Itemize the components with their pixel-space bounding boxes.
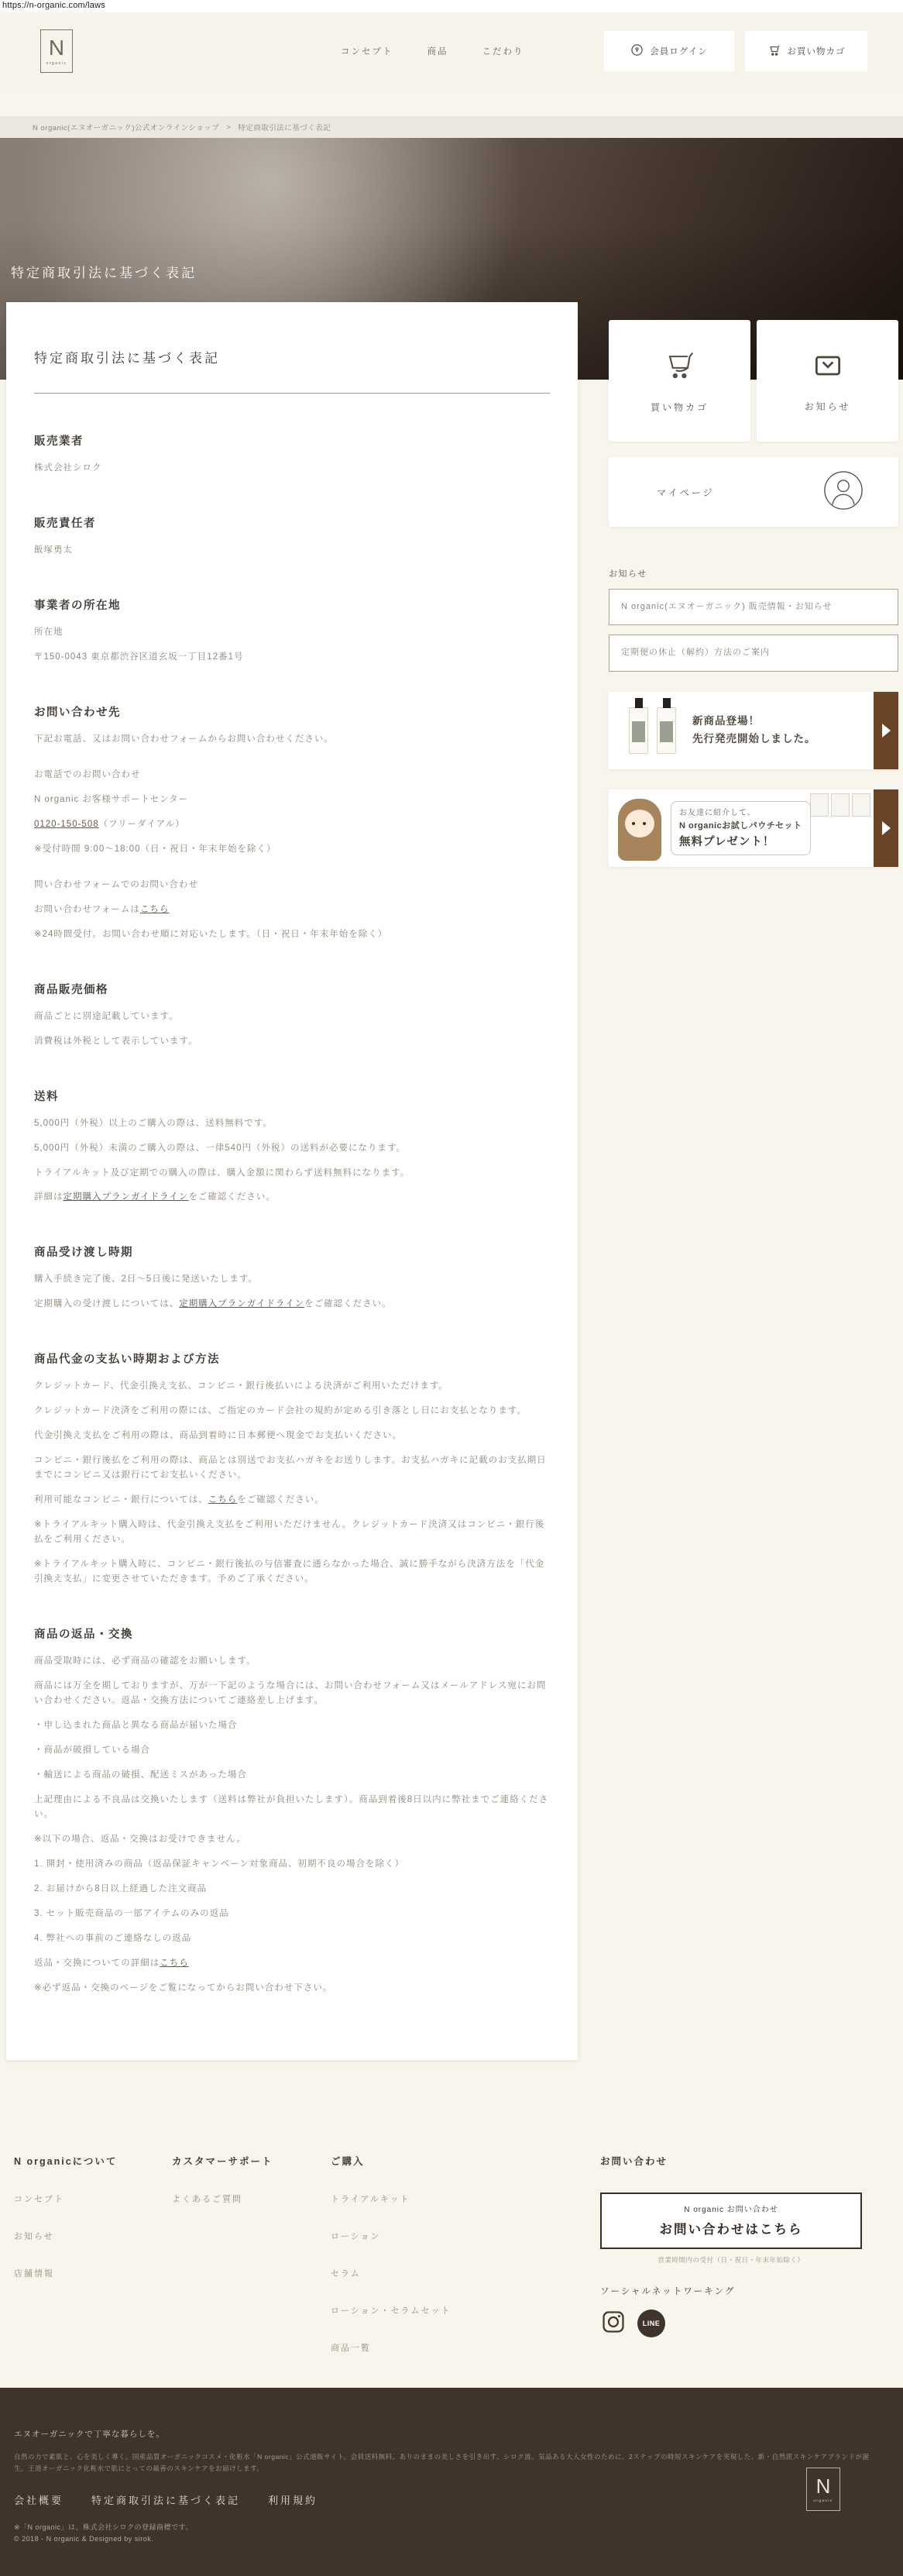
cart-icon: [767, 43, 781, 60]
sidebar-quick-cards: 買い物カゴ お知らせ: [609, 320, 898, 442]
footer-legal-link[interactable]: 利用規約: [268, 2492, 318, 2507]
banner-text-line: N organicお試しパウチセット: [679, 819, 802, 831]
section-line: お問い合わせフォームはこちら: [34, 903, 550, 917]
legal-section: 商品販売価格商品ごとに別途記載しています。消費税は外税として表示しています。: [34, 981, 550, 1049]
text-run: ※受付時間 9:00～18:00（日・祝日・年末年始を除く）: [34, 844, 276, 854]
site-logo[interactable]: N organic: [40, 29, 73, 73]
legal-section: 商品受け渡し時期購入手続き完了後、2日～5日後に発送いたします。定期購入の受け渡…: [34, 1243, 550, 1312]
footer-column: N organicについてコンセプトお知らせ店舗情報: [14, 2154, 172, 2378]
legal-section: 送料5,000円（外税）以上のご購入の際は、送料無料です。5,000円（外税）未…: [34, 1088, 550, 1205]
legal-section: 販売責任者飯塚勇太: [34, 514, 550, 558]
contact-cta-large: お問い合わせはこちら: [602, 2219, 860, 2237]
section-line: トライアルキット及び定期での購入の際は、購入金額に関わらず送料無料になります。: [34, 1166, 550, 1181]
legal-sections: 販売業者株式会社シロク販売責任者飯塚勇太事業者の所在地所在地〒150-0043 …: [34, 432, 550, 1996]
contact-note: 営業時間内の受付（日・祝日・年末年始除く）: [600, 2255, 862, 2265]
legal-section: 商品の返品・交換商品受取時には、必ず商品の確認をお願いします。商品には万全を期し…: [34, 1625, 550, 1996]
instagram-icon[interactable]: [600, 2309, 627, 2339]
section-heading: 商品代金の支払い時期および方法: [34, 1350, 550, 1367]
text-run: 上記理由による不良品は交換いたします（送料は弊社が負担いたします）。商品到着後8…: [34, 1795, 548, 1819]
main-nav: コンセプト商品こだわり: [341, 45, 524, 57]
section-line: N organic お客様サポートセンター: [34, 793, 550, 807]
footer-links: コンセプトお知らせ店舗情報: [14, 2193, 172, 2279]
text-run: ※24時間受付。お問い合わせ順に対応いたします。（日・祝日・年末年始を除く）: [34, 930, 387, 939]
section-heading: 販売業者: [34, 432, 550, 449]
section-line: 商品受取時には、必ず商品の確認をお願いします。: [34, 1654, 550, 1669]
cart-shortcut-card[interactable]: 買い物カゴ: [609, 320, 750, 442]
section-line: 0120-150-508（フリーダイアル）: [34, 817, 550, 832]
section-line: 5,000円（外税）以上のご購入の際は、送料無料です。: [34, 1116, 550, 1131]
logo-letter: N: [816, 2476, 831, 2496]
inline-link[interactable]: 定期購入プランガイドライン: [179, 1299, 304, 1309]
sns-icons: LINE: [600, 2309, 879, 2339]
header-buttons: 会員ログイン お買い物カゴ: [604, 31, 867, 71]
footer-column: カスタマーサポートよくあるご質問: [172, 2154, 331, 2378]
bottle-illustration: [657, 707, 676, 754]
section-line: ・商品が破損している場合: [34, 1743, 550, 1758]
hero-title: 特定商取引法に基づく表記: [11, 262, 197, 281]
footer-link[interactable]: 店舗情報: [14, 2267, 172, 2279]
inline-link[interactable]: こちら: [160, 1959, 189, 1968]
section-line: ・申し込まれた商品と異なる商品が届いた場合: [34, 1718, 550, 1733]
section-line: 所在地: [34, 625, 550, 640]
product-bottles-illustration: [609, 692, 689, 769]
nav-item[interactable]: コンセプト: [341, 45, 393, 57]
footer-links: よくあるご質問: [172, 2193, 331, 2205]
section-line: 上記理由による不良品は交換いたします（送料は弊社が負担いたします）。商品到着後8…: [34, 1793, 550, 1822]
text-run: をご確認ください。: [304, 1299, 392, 1309]
logo-subtext: organic: [813, 2499, 833, 2502]
sns-heading: ソーシャルネットワーキング: [600, 2285, 879, 2297]
legal-content-card: 特定商取引法に基づく表記 販売業者株式会社シロク販売責任者飯塚勇太事業者の所在地…: [6, 302, 578, 2060]
text-run: 4. 弊社への事前のご連絡なしの返品: [34, 1934, 191, 1943]
section-line: 商品ごとに別途記載しています。: [34, 1009, 550, 1024]
notice-shortcut-label: お知らせ: [805, 400, 851, 413]
text-run: 問い合わせフォームでのお問い合わせ: [34, 880, 198, 889]
text-run: N organic お客様サポートセンター: [34, 795, 188, 804]
text-run: ※必ず返品・交換のページをご覧になってからお問い合わせ下さい。: [34, 1983, 332, 1993]
text-run: 5,000円（外税）以上のご購入の際は、送料無料です。: [34, 1119, 273, 1128]
cart-icon: [662, 348, 698, 387]
footer-column-heading: N organicについて: [14, 2154, 172, 2168]
text-run: クレジットカード、代金引換え支払、コンビニ・銀行後払いによる決済がご利用いただけ…: [34, 1381, 448, 1391]
footer: N organicについてコンセプトお知らせ店舗情報カスタマーサポートよくあるご…: [0, 2132, 903, 2388]
footer-tagline: エヌオーガニックで丁寧な暮らしを。: [14, 2428, 903, 2440]
section-line: ※以下の場合、返品・交換はお受けできません。: [34, 1832, 550, 1847]
section-line: コンビニ・銀行後払をご利用の際は、商品とは別送でお支払ハガキをお送りします。お支…: [34, 1453, 550, 1483]
inline-link[interactable]: こちら: [208, 1495, 238, 1505]
section-heading: 事業者の所在地: [34, 597, 550, 613]
pouch-illustration: [831, 793, 850, 817]
text-run: 商品ごとに別途記載しています。: [34, 1012, 179, 1021]
text-run: 2. お届けから8日以上経過した注文商品: [34, 1884, 207, 1893]
sidebar: 買い物カゴ お知らせ マイページ お知らせ N organic(エヌオーガニック…: [609, 302, 898, 867]
footer-logo[interactable]: N organic: [806, 2468, 840, 2511]
cart-shortcut-label: 買い物カゴ: [651, 401, 709, 414]
section-line: ※24時間受付。お問い合わせ順に対応いたします。（日・祝日・年末年始を除く）: [34, 927, 550, 942]
inline-link[interactable]: こちら: [140, 905, 170, 914]
banner-text-line: 新商品登場！: [692, 713, 816, 731]
line-icon[interactable]: LINE: [637, 2309, 665, 2337]
legal-section: 販売業者株式会社シロク: [34, 432, 550, 476]
section-line: 購入手続き完了後、2日～5日後に発送いたします。: [34, 1272, 550, 1287]
logo-subtext: organic: [46, 61, 67, 66]
footer-column-heading: ご購入: [331, 2154, 586, 2168]
text-run: ※以下の場合、返品・交換はお受けできません。: [34, 1835, 246, 1844]
text-run: 商品には万全を期しておりますが、万が一下記のような場合には、お問い合わせフォーム…: [34, 1681, 546, 1705]
section-line: 商品には万全を期しておりますが、万が一下記のような場合には、お問い合わせフォーム…: [34, 1679, 550, 1708]
arrow-right-icon: [882, 724, 891, 738]
cart-button[interactable]: お買い物カゴ: [745, 31, 867, 71]
text-run: トライアルキット及び定期での購入の際は、購入金額に関わらず送料無料になります。: [34, 1168, 410, 1178]
logo-letter: N: [49, 37, 64, 59]
bottle-illustration: [629, 707, 648, 754]
section-line: 代金引換え支払をご利用の際は、商品到着時に日本郵便へ現金でお支払いください。: [34, 1429, 550, 1443]
banner-arrow: [874, 692, 898, 769]
news-heading: お知らせ: [609, 567, 898, 580]
text-run: 消費税は外税として表示しています。: [34, 1037, 198, 1046]
girl-eyes: [632, 822, 635, 825]
banner-arrow: [874, 789, 898, 867]
section-heading: 商品の返品・交換: [34, 1625, 550, 1642]
text-run: 下記お電話、又はお問い合わせフォームからお問い合わせください。: [34, 734, 334, 744]
text-run: 定期購入の受け渡しについては、: [34, 1299, 179, 1309]
browser-url: https://n-organic.com/laws: [0, 0, 903, 12]
footer-link[interactable]: ローション・セラムセット: [331, 2304, 586, 2316]
nav-item[interactable]: 商品: [427, 45, 448, 57]
footer-link[interactable]: コンセプト: [14, 2193, 172, 2205]
text-run: ※トライアルキット購入時は、代金引換え支払をご利用いただけません。クレジットカー…: [34, 1520, 544, 1544]
footer-link[interactable]: 商品一覧: [331, 2341, 586, 2354]
text-run: 所在地: [34, 628, 64, 637]
banner-text-line: 先行発売開始しました。: [692, 731, 816, 748]
section-line: クレジットカード、代金引換え支払、コンビニ・銀行後払いによる決済がご利用いただけ…: [34, 1379, 550, 1394]
footer-contact-heading: お問い合わせ: [600, 2154, 879, 2168]
section-heading: 商品販売価格: [34, 981, 550, 997]
section-line: ※トライアルキット購入時に、コンビニ・銀行後払の与信審査に通らなかった場合、誠に…: [34, 1557, 550, 1587]
lock-icon: [630, 43, 644, 59]
site-header: N organic コンセプト商品こだわり 会員ログイン お買い物カゴ: [0, 12, 903, 90]
contact-cta-button[interactable]: N organic お問い合わせ お問い合わせはこちら: [600, 2193, 862, 2249]
footer-link[interactable]: ローション: [331, 2230, 586, 2242]
user-icon: [822, 469, 864, 515]
footer-link[interactable]: セラム: [331, 2267, 586, 2279]
footer-bottom: エヌオーガニックで丁寧な暮らしを。 自然の力で素肌と、心を美しく導く。国産品質オ…: [0, 2388, 903, 2576]
legal-section: お問い合わせ先下記お電話、又はお問い合わせフォームからお問い合わせください。お電…: [34, 703, 550, 942]
section-line: 1. 開封・使用済みの商品（返品保証キャンペーン対象商品、初期不良の場合を除く）: [34, 1857, 550, 1872]
text-run: お電話でのお問い合わせ: [34, 770, 141, 779]
inline-link[interactable]: 0120-150-508: [34, 820, 99, 829]
footer-description: 自然の力で素肌と、心を美しく導く。国産品質オーガニックコスメ・化粧水「N org…: [14, 2451, 881, 2476]
section-line: 〒150-0043 東京都渋谷区道玄坂一丁目12番1号: [34, 650, 550, 665]
text-run: 飯塚勇太: [34, 545, 73, 555]
text-run: 利用可能なコンビニ・銀行については、: [34, 1495, 208, 1505]
footer-link[interactable]: よくあるご質問: [172, 2193, 331, 2205]
cart-button-label: お買い物カゴ: [788, 45, 846, 57]
news-item[interactable]: 定期便の休止（解約）方法のご案内: [609, 635, 898, 671]
section-line: ・輸送による商品の破損、配送ミスがあった場合: [34, 1768, 550, 1783]
section-line: クレジットカード決済をご利用の際には、ご指定のカード会社の規約が定める引き落とし…: [34, 1404, 550, 1419]
section-line: ※受付時間 9:00～18:00（日・祝日・年末年始を除く）: [34, 842, 550, 857]
pouch-illustration: [852, 793, 870, 817]
text-run: （フリーダイアル）: [99, 820, 185, 829]
text-run: 株式会社シロク: [34, 463, 102, 473]
pouch-illustrations: [810, 793, 870, 817]
login-button-label: 会員ログイン: [650, 45, 707, 57]
login-button[interactable]: 会員ログイン: [604, 31, 734, 71]
banner-text-line: 無料プレゼント！: [679, 833, 802, 849]
breadcrumb-current: 特定商取引法に基づく表記: [238, 122, 331, 132]
mail-icon: [811, 349, 845, 387]
news-item[interactable]: N organic(エヌオーガニック) 販売情報・お知らせ: [609, 589, 898, 625]
text-run: 購入手続き完了後、2日～5日後に発送いたします。: [34, 1274, 258, 1284]
section-line: 定期購入の受け渡しについては、定期購入プランガイドラインをご確認ください。: [34, 1297, 550, 1312]
section-heading: 商品受け渡し時期: [34, 1243, 550, 1260]
text-run: ・商品が破損している場合: [34, 1745, 150, 1755]
contact-cta-small: N organic お問い合わせ: [602, 2203, 860, 2214]
text-run: 3. セット販売商品の一部アイテムのみの返品: [34, 1909, 229, 1918]
page-title: 特定商取引法に基づく表記: [34, 347, 550, 394]
legal-section: 商品代金の支払い時期および方法クレジットカード、代金引換え支払、コンビニ・銀行後…: [34, 1350, 550, 1587]
footer-links: トライアルキットローションセラムローション・セラムセット商品一覧: [331, 2193, 586, 2354]
footer-link[interactable]: トライアルキット: [331, 2193, 586, 2205]
footer-trademark: ※「N organic」は、株式会社シロクの登録商標です。: [14, 2522, 903, 2532]
section-line: 利用可能なコンビニ・銀行については、こちらをご確認ください。: [34, 1493, 550, 1508]
section-line: 返品・交換についての詳細はこちら: [34, 1956, 550, 1971]
footer-column-heading: カスタマーサポート: [172, 2154, 331, 2168]
section-heading: 販売責任者: [34, 514, 550, 531]
section-line: 下記お電話、又はお問い合わせフォームからお問い合わせください。: [34, 732, 550, 747]
section-line: 問い合わせフォームでのお問い合わせ: [34, 878, 550, 892]
footer-column: ご購入トライアルキットローションセラムローション・セラムセット商品一覧: [331, 2154, 586, 2378]
section-line: 消費税は外税として表示しています。: [34, 1034, 550, 1049]
section-heading: お問い合わせ先: [34, 703, 550, 720]
text-run: コンビニ・銀行後払をご利用の際は、商品とは別送でお支払ハガキをお送りします。お支…: [34, 1456, 547, 1480]
section-line: 3. セット販売商品の一部アイテムのみの返品: [34, 1907, 550, 1921]
text-run: 〒150-0043 東京都渋谷区道玄坂一丁目12番1号: [34, 652, 243, 662]
arrow-right-icon: [882, 821, 891, 835]
notice-shortcut-card[interactable]: お知らせ: [757, 320, 898, 442]
text-run: クレジットカード決済をご利用の際には、ご指定のカード会社の規約が定める引き落とし…: [34, 1406, 527, 1415]
text-run: 1. 開封・使用済みの商品（返品保証キャンペーン対象商品、初期不良の場合を除く）: [34, 1859, 404, 1869]
text-run: お問い合わせフォームは: [34, 905, 140, 914]
section-line: お電話でのお問い合わせ: [34, 768, 550, 782]
text-run: 5,000円（外税）未満のご購入の際は、一律540円（外税）の送料が必要になりま…: [34, 1144, 406, 1153]
banner-text: 新商品登場！先行発売開始しました。: [689, 713, 816, 748]
pouch-illustration: [810, 793, 829, 817]
promo-banner-new-product[interactable]: 新商品登場！先行発売開始しました。: [609, 692, 898, 769]
footer-copyright: © 2018 - N organic & Designed by sirok.: [14, 2535, 903, 2543]
section-line: 株式会社シロク: [34, 461, 550, 476]
footer-contact-column: お問い合わせ N organic お問い合わせ お問い合わせはこちら 営業時間内…: [600, 2154, 879, 2339]
text-run: 代金引換え支払をご利用の際は、商品到着時に日本郵便へ現金でお支払いください。: [34, 1431, 402, 1440]
footer-link[interactable]: お知らせ: [14, 2230, 172, 2242]
text-run: 返品・交換についての詳細は: [34, 1959, 160, 1968]
section-heading: 送料: [34, 1088, 550, 1104]
promo-banner-referral[interactable]: お友達に紹介して、N organicお試しパウチセット無料プレゼント！: [609, 789, 898, 867]
breadcrumb-separator: >: [226, 123, 231, 132]
section-line: 2. お届けから8日以上経過した注文商品: [34, 1882, 550, 1897]
girl-illustration: [613, 797, 669, 867]
text-run: 商品受取時には、必ず商品の確認をお願いします。: [34, 1656, 256, 1666]
footer-legal-link[interactable]: 会社概要: [14, 2492, 64, 2507]
mypage-card[interactable]: マイページ: [609, 457, 898, 527]
text-run: ・申し込まれた商品と異なる商品が届いた場合: [34, 1721, 238, 1730]
breadcrumb: N organic(エヌオーガニック)公式オンラインショップ > 特定商取引法に…: [0, 116, 903, 138]
breadcrumb-root[interactable]: N organic(エヌオーガニック)公式オンラインショップ: [33, 122, 219, 132]
text-run: をご確認ください。: [237, 1495, 324, 1505]
section-line: 飯塚勇太: [34, 543, 550, 558]
section-line: 4. 弊社への事前のご連絡なしの返品: [34, 1931, 550, 1946]
content-row: 特定商取引法に基づく表記 販売業者株式会社シロク販売責任者飯塚勇太事業者の所在地…: [0, 302, 903, 2060]
section-line: ※必ず返品・交換のページをご覧になってからお問い合わせ下さい。: [34, 1981, 550, 1996]
nav-item[interactable]: こだわり: [482, 45, 524, 57]
text-run: ※トライアルキット購入時に、コンビニ・銀行後払の与信審査に通らなかった場合、誠に…: [34, 1560, 544, 1584]
news-list: N organic(エヌオーガニック) 販売情報・お知らせ定期便の休止（解約）方…: [609, 589, 898, 672]
legal-section: 事業者の所在地所在地〒150-0043 東京都渋谷区道玄坂一丁目12番1号: [34, 597, 550, 665]
section-line: 5,000円（外税）未満のご購入の際は、一律540円（外税）の送料が必要になりま…: [34, 1141, 550, 1156]
inline-link[interactable]: 定期購入プランガイドライン: [64, 1192, 189, 1202]
text-run: 詳細は: [34, 1192, 64, 1202]
footer-legal-links: 会社概要特定商取引法に基づく表記利用規約: [14, 2492, 903, 2507]
banner-text-line: お友達に紹介して、: [679, 806, 802, 817]
banner-speech-bubble: お友達に紹介して、N organicお試しパウチセット無料プレゼント！: [671, 801, 811, 855]
section-line: ※トライアルキット購入時は、代金引換え支払をご利用いただけません。クレジットカー…: [34, 1518, 550, 1547]
footer-legal-link[interactable]: 特定商取引法に基づく表記: [91, 2492, 240, 2507]
text-run: ・輸送による商品の破損、配送ミスがあった場合: [34, 1770, 247, 1780]
mypage-label: マイページ: [657, 486, 715, 499]
text-run: をご確認ください。: [188, 1192, 276, 1202]
section-line: 詳細は定期購入プランガイドラインをご確認ください。: [34, 1190, 550, 1205]
